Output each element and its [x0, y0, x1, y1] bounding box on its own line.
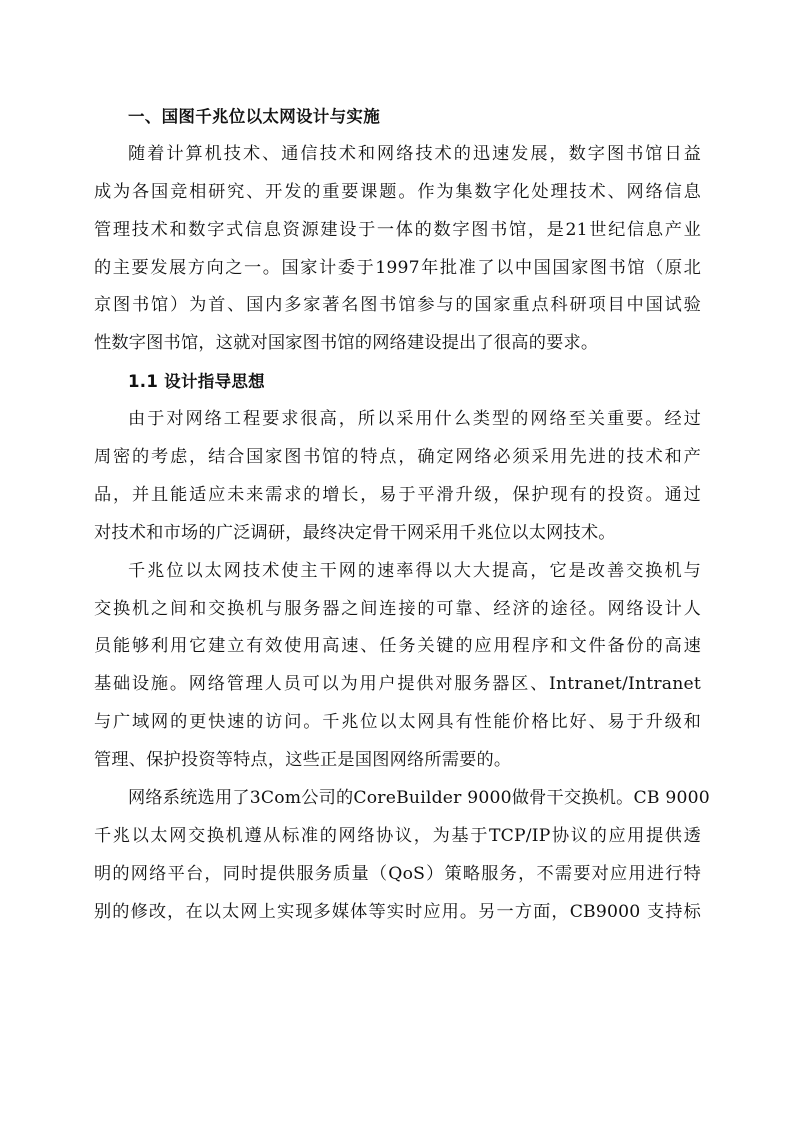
paragraph-line: 别的修改，在以太网上实现多媒体等实时应用。另一方面，CB9000 支持标: [94, 894, 701, 932]
paragraph-gigabit-ethernet: 千兆位以太网技术使主干网的速率得以大大提高，它是改善交换机与 交换机之间和交换机…: [94, 553, 701, 780]
paragraph-line: 千兆位以太网技术使主干网的速率得以大大提高，它是改善交换机与: [94, 553, 701, 591]
paragraph-line: 成为各国竞相研究、开发的重要课题。作为集数字化处理技术、网络信息: [94, 174, 701, 212]
paragraph-line: 的主要发展方向之一。国家计委于1997年批准了以中国国家图书馆（原北: [94, 250, 701, 288]
paragraph-line: 性数字图书馆，这就对国家图书馆的网络建设提出了很高的要求。: [94, 325, 701, 363]
paragraph-line: 管理、保护投资等特点，这些正是国图网络所需要的。: [94, 742, 701, 780]
paragraph-line: 管理技术和数字式信息资源建设于一体的数字图书馆，是21世纪信息产业: [94, 212, 701, 250]
paragraph-design-principle: 由于对网络工程要求很高，所以采用什么类型的网络至关重要。经过 周密的考虑，结合国…: [94, 401, 701, 553]
section-heading: 一、国图千兆位以太网设计与实施: [94, 98, 701, 136]
paragraph-line: 由于对网络工程要求很高，所以采用什么类型的网络至关重要。经过: [94, 401, 701, 439]
paragraph-line: 员能够利用它建立有效使用高速、任务关键的应用程序和文件备份的高速: [94, 628, 701, 666]
document-page: 一、国图千兆位以太网设计与实施 随着计算机技术、通信技术和网络技术的迅速发展，数…: [94, 98, 701, 932]
subsection-heading: 1.1 设计指导思想: [94, 363, 701, 401]
paragraph-line: 对技术和市场的广泛调研，最终决定骨干网采用千兆位以太网技术。: [94, 515, 701, 553]
paragraph-intro: 随着计算机技术、通信技术和网络技术的迅速发展，数字图书馆日益 成为各国竞相研究、…: [94, 136, 701, 363]
paragraph-corebuilder: 网络系统选用了3Com公司的CoreBuilder 9000做骨干交换机。CB …: [94, 780, 701, 932]
paragraph-line: 京图书馆）为首、国内多家著名图书馆参与的国家重点科研项目中国试验: [94, 287, 701, 325]
paragraph-line: 千兆以太网交换机遵从标准的网络协议，为基于TCP/IP协议的应用提供透: [94, 818, 701, 856]
paragraph-line: 随着计算机技术、通信技术和网络技术的迅速发展，数字图书馆日益: [94, 136, 701, 174]
paragraph-line: 与广域网的更快速的访问。千兆位以太网具有性能价格比好、易于升级和: [94, 704, 701, 742]
paragraph-line: 周密的考虑，结合国家图书馆的特点，确定网络必须采用先进的技术和产: [94, 439, 701, 477]
paragraph-line: 基础设施。网络管理人员可以为用户提供对服务器区、Intranet/Intrane…: [94, 666, 701, 704]
paragraph-line: 网络系统选用了3Com公司的CoreBuilder 9000做骨干交换机。CB …: [94, 780, 701, 818]
paragraph-line: 品，并且能适应未来需求的增长，易于平滑升级，保护现有的投资。通过: [94, 477, 701, 515]
paragraph-line: 交换机之间和交换机与服务器之间连接的可靠、经济的途径。网络设计人: [94, 591, 701, 629]
paragraph-line: 明的网络平台，同时提供服务质量（QoS）策略服务，不需要对应用进行特: [94, 856, 701, 894]
